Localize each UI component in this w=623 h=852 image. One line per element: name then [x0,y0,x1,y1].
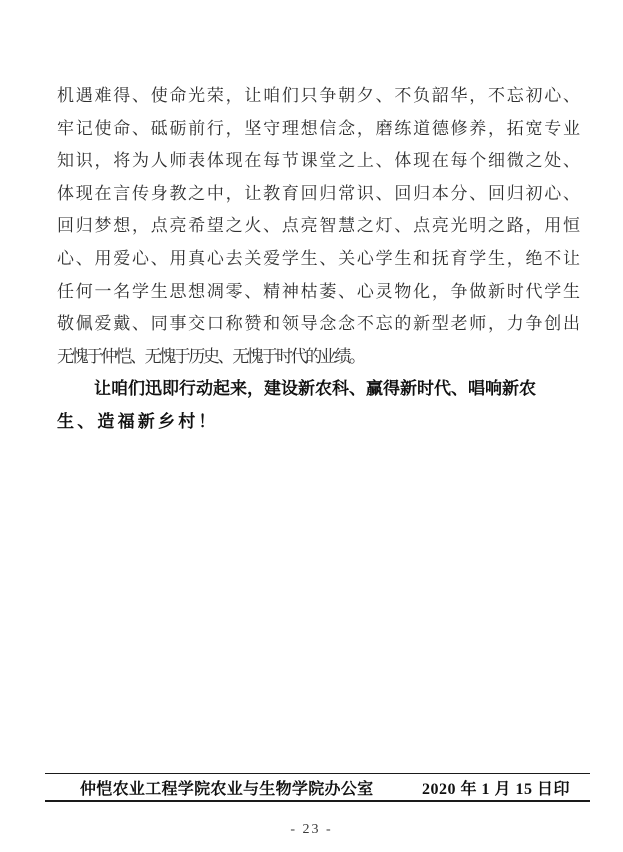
body-text-line: 知识，将为人师表体现在每节课堂之上、体现在每个细微之处、 [57,145,580,178]
body-text-line: 任何一名学生思想凋零、精神枯萎、心灵物化，争做新时代学生 [57,276,580,309]
footer-print-date: 2020 年 1 月 15 日印 [422,776,570,799]
emphasis-text-line: 生、造福新乡村！ [57,406,580,439]
body-text-line: 敬佩爱戴、同事交口称赞和领导念念不忘的新型老师，力争创出 [57,308,580,341]
body-text-line: 无愧于仲恺、无愧于历史、无愧于时代的业绩。 [57,341,580,374]
page-number: - 23 - [0,822,623,838]
footer-issuer-text: 仲恺农业工程学院农业与生物学院办公室 [80,776,373,799]
body-text-line: 机遇难得、使命光荣，让咱们只争朝夕、不负韶华，不忘初心、 [57,80,580,113]
footer: 仲恺农业工程学院农业与生物学院办公室 2020 年 1 月 15 日印 [45,773,590,802]
body-text-line: 回归梦想，点亮希望之火、点亮智慧之灯、点亮光明之路，用恒 [57,210,580,243]
body-text-line: 体现在言传身教之中，让教育回归常识、回归本分、回归初心、 [57,178,580,211]
body-text-line: 心、用爱心、用真心去关爱学生、关心学生和抚育学生，绝不让 [57,243,580,276]
document-body: 机遇难得、使命光荣，让咱们只争朝夕、不负韶华，不忘初心、 牢记使命、砥砺前行，坚… [57,80,580,439]
emphasis-text-line: 让咱们迅即行动起来，建设新农科、赢得新时代、唱响新农 [57,373,580,406]
body-text-line: 牢记使命、砥砺前行，坚守理想信念，磨练道德修养，拓宽专业 [57,113,580,146]
document-page: 机遇难得、使命光荣，让咱们只争朝夕、不负韶华，不忘初心、 牢记使命、砥砺前行，坚… [0,0,623,852]
